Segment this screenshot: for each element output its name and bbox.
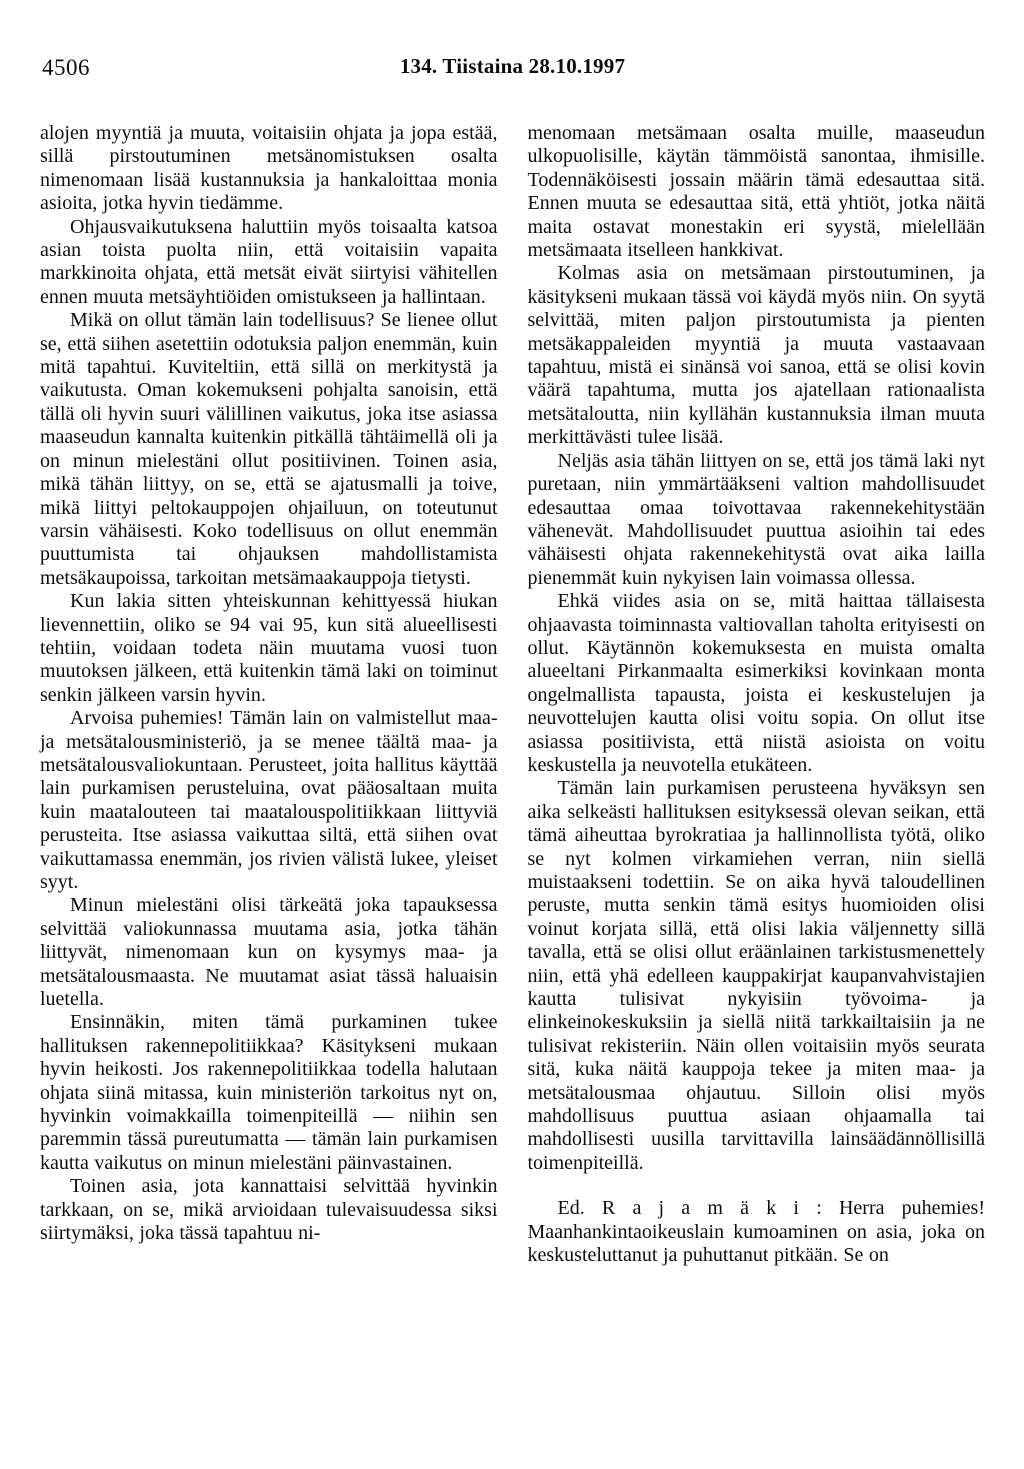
paragraph: Mikä on ollut tämän lain todellisuus? Se… (40, 309, 498, 590)
paragraph: Ed. R a j a m ä k i : Herra puhemies! Ma… (528, 1197, 986, 1267)
document-page: 4506 134. Tiistaina 28.10.1997 alojen my… (0, 0, 1024, 1469)
text-columns: alojen myyntiä ja muuta, voitaisiin ohja… (40, 122, 985, 1268)
page-header-title: 134. Tiistaina 28.10.1997 (40, 54, 985, 79)
paragraph: menomaan metsämaan osalta muille, maaseu… (528, 122, 986, 262)
left-column: alojen myyntiä ja muuta, voitaisiin ohja… (40, 122, 498, 1268)
paragraph: Kun lakia sitten yhteiskunnan kehittyess… (40, 590, 498, 707)
paragraph: Toinen asia, jota kannattaisi selvittää … (40, 1175, 498, 1245)
paragraph: Neljäs asia tähän liittyen on se, että j… (528, 450, 986, 590)
page-number: 4506 (42, 55, 90, 81)
page-header-row: 4506 134. Tiistaina 28.10.1997 (40, 54, 985, 82)
paragraph: Arvoisa puhemies! Tämän lain on valmiste… (40, 707, 498, 894)
paragraph: Tämän lain purkamisen perusteena hyväksy… (528, 777, 986, 1175)
paragraph: Ehkä viides asia on se, mitä haittaa täl… (528, 590, 986, 777)
paragraph: Ensinnäkin, miten tämä purkaminen tukee … (40, 1011, 498, 1175)
paragraph: Minun mielestäni olisi tärkeätä joka tap… (40, 894, 498, 1011)
paragraph: alojen myyntiä ja muuta, voitaisiin ohja… (40, 122, 498, 216)
right-column: menomaan metsämaan osalta muille, maaseu… (528, 122, 986, 1268)
paragraph: Kolmas asia on metsämaan pirstoutuminen,… (528, 262, 986, 449)
paragraph: Ohjausvaikutuksena haluttiin myös toisaa… (40, 216, 498, 310)
